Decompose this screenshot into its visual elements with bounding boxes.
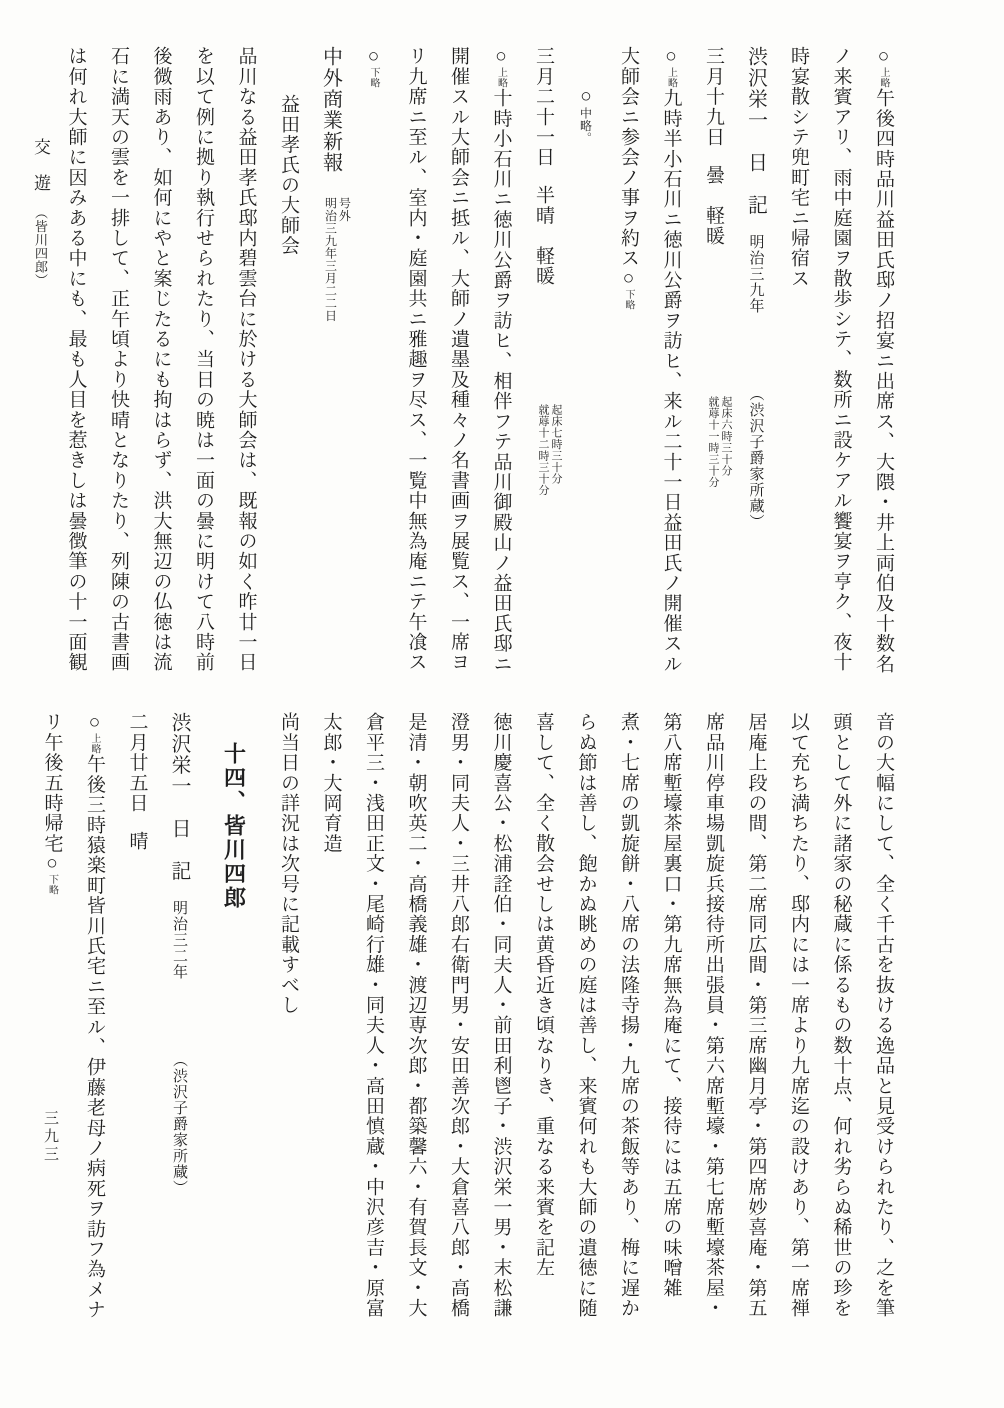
running-header-title: 交 遊 <box>31 138 50 192</box>
entry-text: 十時小石川ニ徳川公爵ヲ訪ヒ、相伴フテ品川御殿山ノ益田氏邸ニ開催スル大師会ニ抵ル、… <box>406 46 512 674</box>
article-headline: 益田孝氏の大師会 <box>267 46 310 684</box>
diary-era: 明治三二年 <box>171 900 187 980</box>
sleep-time: 就蓐十二時三十分 <box>536 404 549 496</box>
entry-weather: 曇 軽暖 <box>703 165 724 246</box>
diary-date-line: 三月十九日曇 軽暖起床六時三十分就蓐十一時三十分 <box>692 46 735 684</box>
newspaper-date: 明治三九年三月二二日 <box>324 197 338 322</box>
diary-entry: ○上略午後三時猿楽町皆川氏宅ニ至ル、伊藤老母ノ病死ヲ訪フ為メナリ午後五時帰宅○下… <box>30 712 115 1324</box>
running-header-author: （皆川四郎） <box>33 206 48 287</box>
newspaper-issue-note: 号外明治三九年三月二二日 <box>324 197 352 322</box>
omission-mark-bottom: ○下略 <box>42 853 63 895</box>
entry-date: 三月十九日 <box>703 46 724 147</box>
entry-date: 二月廿五日 <box>127 712 148 813</box>
book-page: 交 遊（皆川四郎） 三九三 ○上略午後四時品川益田氏邸ノ招宴ニ出席ス、大隈・井上… <box>0 0 1004 1408</box>
diary-date-line: 二月廿五日晴 <box>115 712 158 1324</box>
entry-text: 午後三時猿楽町皆川氏宅ニ至ル、伊藤老母ノ病死ヲ訪フ為メナリ午後五時帰宅 <box>42 712 106 1320</box>
omission-mark-bottom: ○下略 <box>618 268 639 310</box>
omission-mark-top: ○上略 <box>661 46 682 88</box>
omission-mark-top: ○上略 <box>84 712 105 754</box>
diary-title: 渋沢栄一 日 記 <box>168 712 190 882</box>
entry-text: 九時半小石川ニ徳川公爵ヲ訪ヒ、来ル二十一日益田氏ノ開催スル大師会ニ参会ノ事ヲ約ス <box>618 46 682 674</box>
newspaper-extra: 号外 <box>338 197 352 322</box>
omission-mark-top: ○上略 <box>873 46 894 88</box>
diary-title: 渋沢栄一 日 記 <box>745 46 767 216</box>
wake-time: 起床七時三十分 <box>549 404 562 496</box>
text-area: ○上略午後四時品川益田氏邸ノ招宴ニ出席ス、大隈・井上両伯及十数名ノ来賓アリ、雨中… <box>56 46 904 1324</box>
newspaper-title: 中外商業新報 <box>320 46 342 173</box>
diary-entry-continuation: ○上略午後四時品川益田氏邸ノ招宴ニ出席ス、大隈・井上両伯及十数名ノ来賓アリ、雨中… <box>777 46 905 684</box>
diary-title-line: 渋沢栄一 日 記明治三二年（渋沢子爵家所蔵） <box>158 712 201 1324</box>
wake-time: 起床六時三十分 <box>719 396 732 488</box>
guest-list: 徳川慶喜公・松浦詮伯・同夫人・前田利鬯子・渋沢栄一男・末松謙澄男・同夫人・三井八… <box>309 712 522 1324</box>
entry-date: 三月二十一日 <box>533 46 554 167</box>
wake-sleep-note: 起床七時三十分就蓐十二時三十分 <box>536 404 562 496</box>
entry-weather: 半晴 軽暖 <box>533 185 554 286</box>
diary-title-line: 渋沢栄一 日 記明治三九年（渋沢子爵家所蔵） <box>734 46 777 684</box>
newspaper-title-line: 中外商業新報号外明治三九年三月二二日 <box>309 46 352 684</box>
lower-tier: 音の大幅にして、全く千古を抜ける逸品と見受けられたり、之を筆頭として外に諸家の秘… <box>56 712 904 1324</box>
entry-text: 午後四時品川益田氏邸ノ招宴ニ出席ス、大隈・井上両伯及十数名ノ来賓アリ、雨中庭園ヲ… <box>788 46 894 674</box>
omission-line-middle: ○中略。 <box>564 46 607 684</box>
diary-era: 明治三九年 <box>748 234 764 314</box>
diary-source: （渋沢子爵家所蔵） <box>748 386 764 530</box>
article-text-continuation: 音の大幅にして、全く千古を抜ける逸品と見受けられたり、之を筆頭として外に諸家の秘… <box>522 712 905 1324</box>
diary-entry: ○上略九時半小石川ニ徳川公爵ヲ訪ヒ、来ル二十一日益田氏ノ開催スル大師会ニ参会ノ事… <box>607 46 692 684</box>
article-closing-note: 尚当日の詳況は次号に記載すべし <box>267 712 310 1324</box>
diary-entry: ○上略十時小石川ニ徳川公爵ヲ訪ヒ、相伴フテ品川御殿山ノ益田氏邸ニ開催スル大師会ニ… <box>352 46 522 684</box>
article-text: 品川なる益田孝氏邸内碧雲台に於ける大師会は、既報の如く昨廿一日を以て例に拠り執行… <box>54 46 267 684</box>
entry-weather: 晴 <box>127 831 148 851</box>
section-heading: 十四、皆川四郎 <box>212 712 255 1324</box>
running-header: 交 遊（皆川四郎） <box>28 138 53 287</box>
sleep-time: 就蓐十一時三十分 <box>706 396 719 488</box>
diary-date-line: 三月二十一日半晴 軽暖起床七時三十分就蓐十二時三十分 <box>522 46 565 684</box>
diary-source: （渋沢子爵家所蔵） <box>171 1052 187 1196</box>
omission-mark-bottom: ○下略 <box>363 46 384 88</box>
upper-tier: ○上略午後四時品川益田氏邸ノ招宴ニ出席ス、大隈・井上両伯及十数名ノ来賓アリ、雨中… <box>56 46 904 684</box>
omission-mark-top: ○上略 <box>491 46 512 88</box>
wake-sleep-note: 起床六時三十分就蓐十一時三十分 <box>706 396 732 488</box>
